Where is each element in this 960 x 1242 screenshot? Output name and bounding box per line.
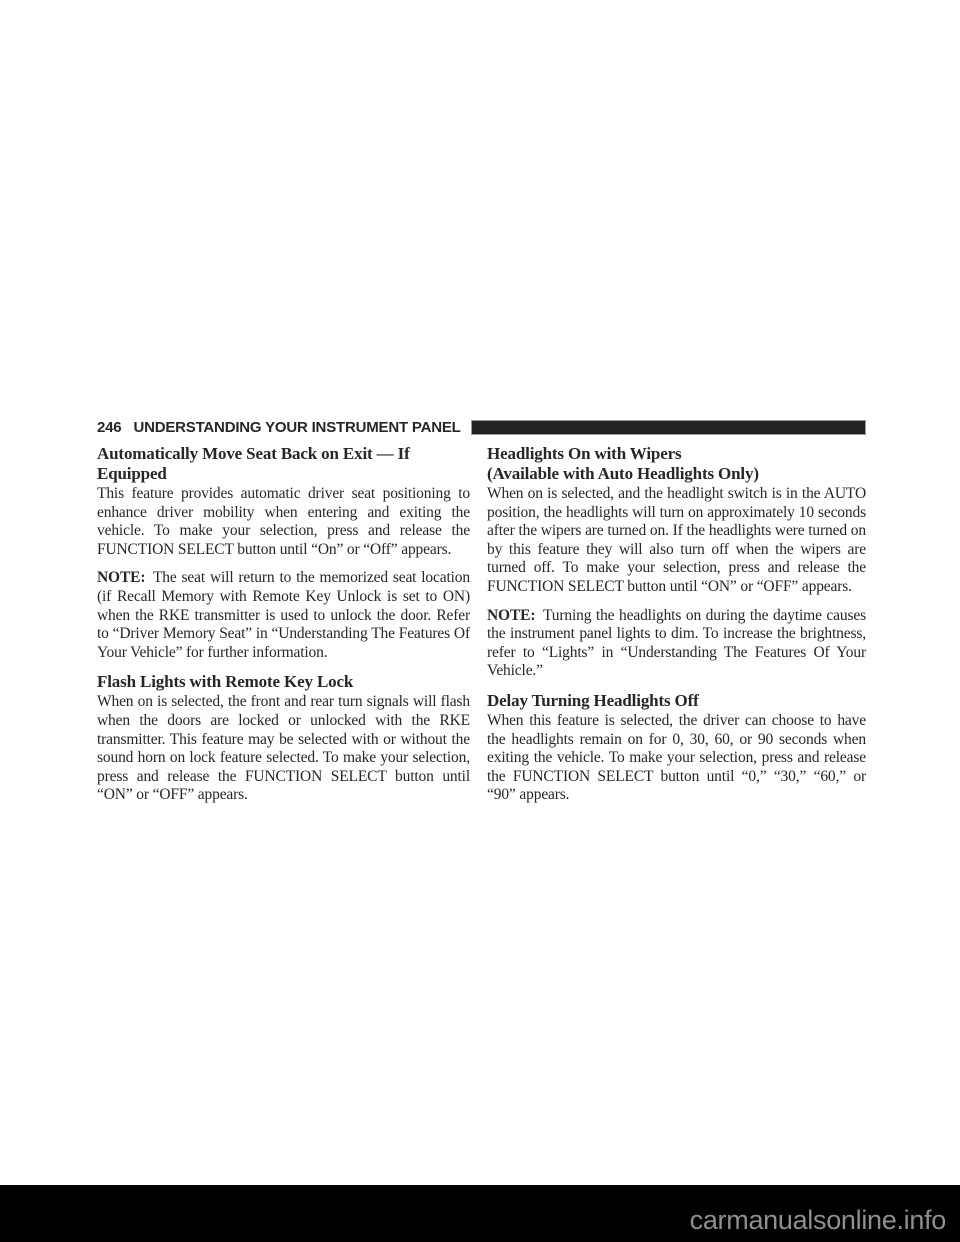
header-rule	[471, 420, 866, 435]
note-label: NOTE:	[97, 569, 145, 586]
heading-line: Equipped	[97, 464, 470, 484]
section-heading: Flash Lights with Remote Key Lock	[97, 672, 470, 692]
heading-line: Automatically Move Seat Back on Exit — I…	[97, 444, 470, 464]
paragraph-text: This feature provides automatic driver s…	[97, 485, 470, 558]
section-heading: Headlights On with Wipers(Available with…	[487, 444, 866, 484]
section-heading: Automatically Move Seat Back on Exit — I…	[97, 444, 470, 484]
column-1: Automatically Move Seat Back on Exit — I…	[97, 444, 470, 815]
note-paragraph: NOTE: Turning the headlights on during t…	[487, 607, 866, 681]
body-paragraph: This feature provides automatic driver s…	[97, 485, 470, 559]
body-paragraph: When on is selected, and the headlight s…	[487, 485, 866, 597]
body-paragraph: When this feature is selected, the drive…	[487, 712, 866, 805]
paragraph-text: When this feature is selected, the drive…	[487, 712, 866, 803]
note-paragraph: NOTE: The seat will return to the memori…	[97, 569, 470, 662]
note-label: NOTE:	[487, 607, 535, 624]
body-paragraph: When on is selected, the front and rear …	[97, 693, 470, 805]
watermark-bar: carmanualsonline.info	[0, 1185, 960, 1242]
heading-line: Flash Lights with Remote Key Lock	[97, 672, 470, 692]
watermark-text: carmanualsonline.info	[690, 1207, 946, 1234]
page-number: 246	[97, 419, 121, 436]
paragraph-text: When on is selected, and the headlight s…	[487, 485, 866, 595]
header-title: UNDERSTANDING YOUR INSTRUMENT PANEL	[133, 419, 460, 436]
heading-line: (Available with Auto Headlights Only)	[487, 464, 866, 484]
two-column-text: Automatically Move Seat Back on Exit — I…	[97, 444, 866, 815]
heading-line: Headlights On with Wipers	[487, 444, 866, 464]
paragraph-text: Turning the headlights on during the day…	[487, 607, 866, 680]
heading-line: Delay Turning Headlights Off	[487, 691, 866, 711]
manual-page: 246 UNDERSTANDING YOUR INSTRUMENT PANEL …	[0, 0, 960, 1242]
section-heading: Delay Turning Headlights Off	[487, 691, 866, 711]
column-2: Headlights On with Wipers(Available with…	[487, 444, 866, 815]
paragraph-text: The seat will return to the memorized se…	[97, 569, 470, 660]
paragraph-text: When on is selected, the front and rear …	[97, 693, 470, 803]
page-header: 246 UNDERSTANDING YOUR INSTRUMENT PANEL	[97, 419, 866, 436]
